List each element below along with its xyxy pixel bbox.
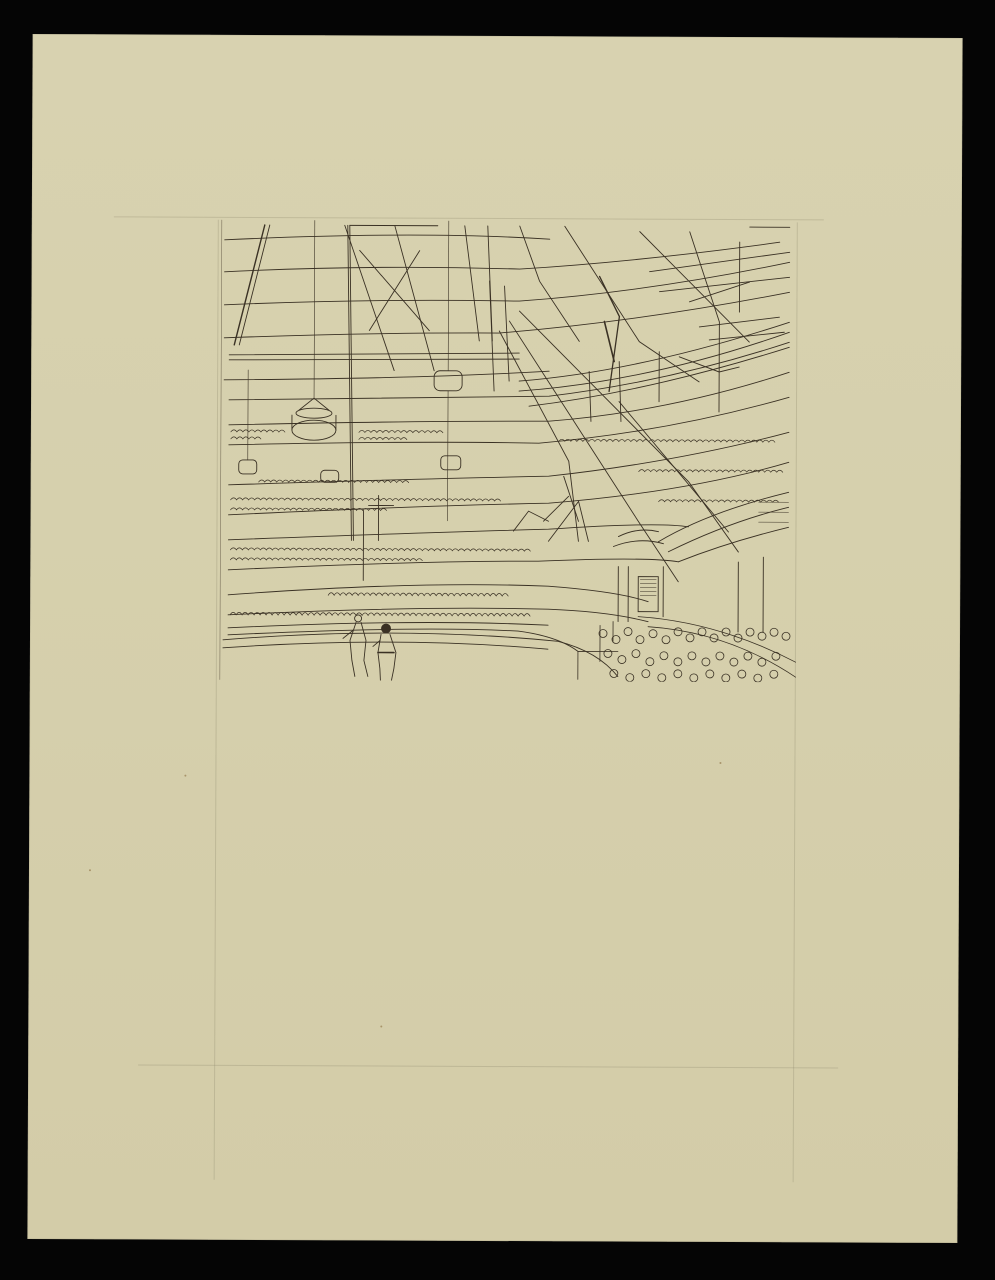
audience-tiers [228,370,789,652]
paper-sheet [27,34,962,1243]
frame-line [220,220,222,680]
roof-trusses [223,225,789,542]
ringmaster-figure [343,615,368,677]
gallery-stairs [363,495,568,581]
paper-speck [184,775,186,777]
upper-gallery [519,316,789,422]
arena-ring [223,632,618,676]
scan-background [0,0,995,1280]
paper-speck [380,1026,382,1028]
entrance-portal [613,492,789,633]
pencil-guide-line-left [214,220,219,1180]
pencil-guide-line-bottom [138,1064,838,1068]
arena-drawing [218,220,798,683]
paper-speck [89,869,91,871]
paper-speck [719,762,721,764]
